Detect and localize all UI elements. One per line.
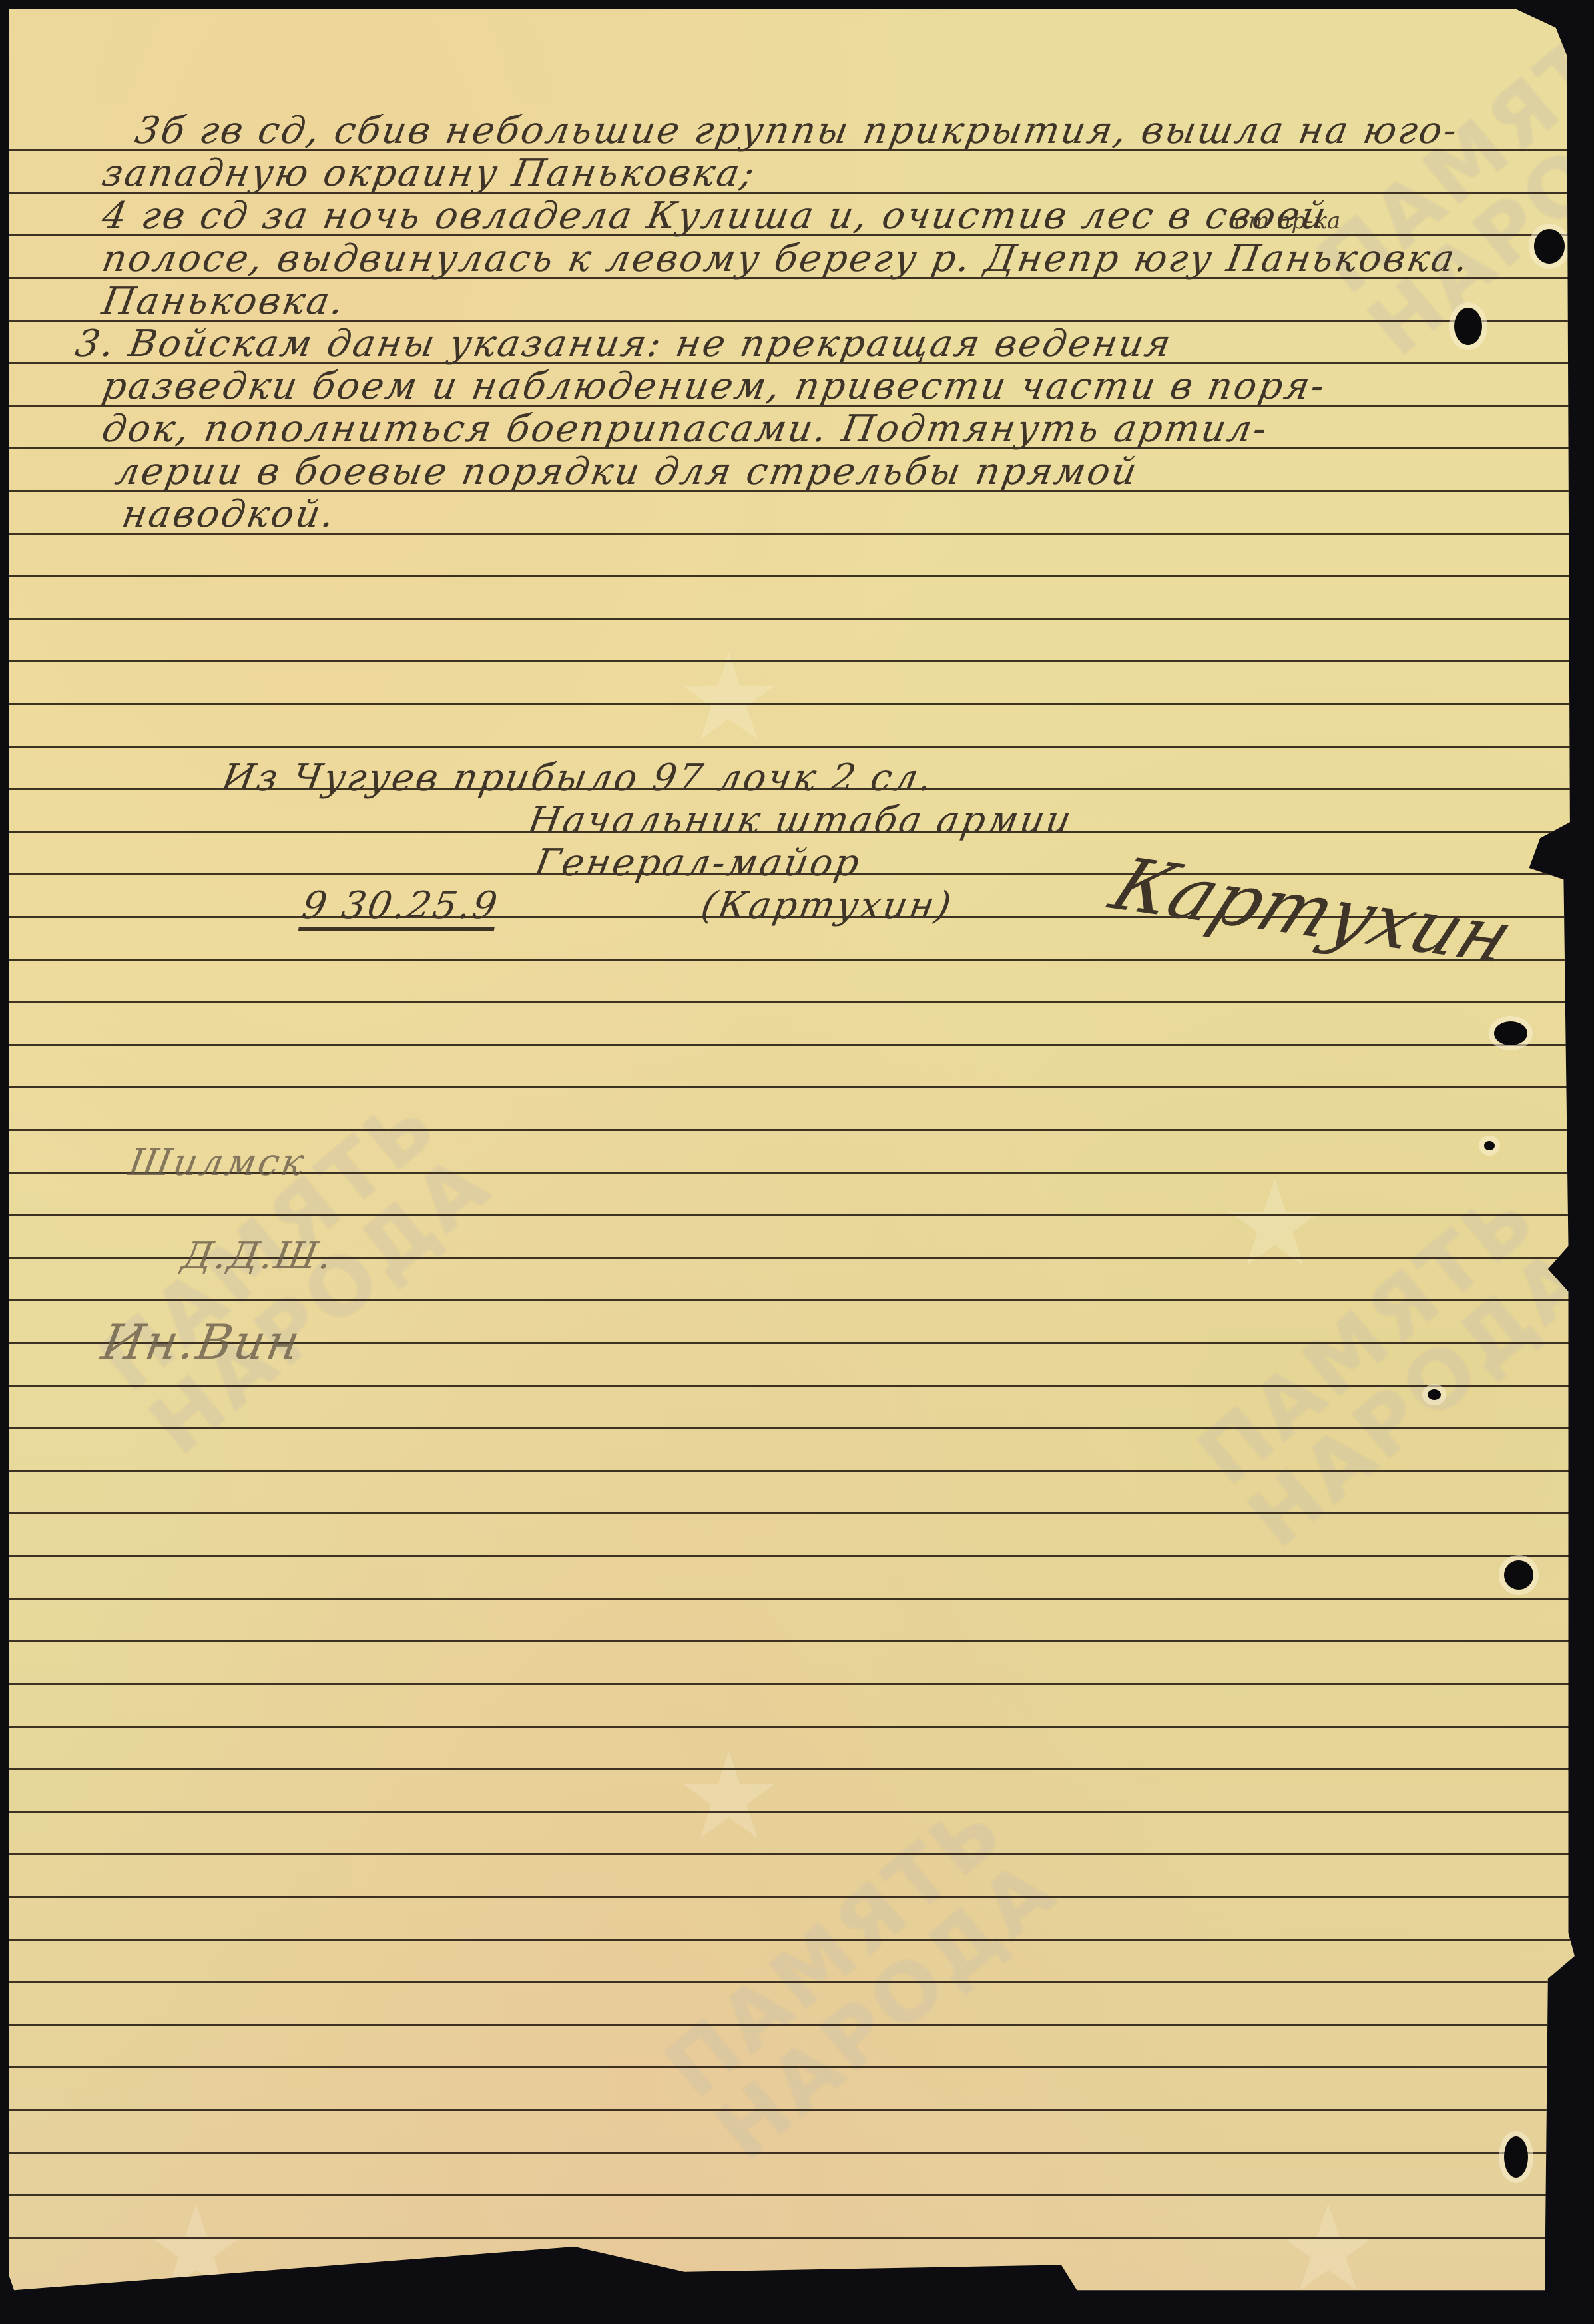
ruled-line (9, 1853, 1579, 1855)
watermark-star-icon: ★ (1221, 1154, 1328, 1293)
ruled-line (9, 2066, 1579, 2068)
text-line: полосе, выдвинулась к левому берегу р. Д… (99, 237, 1473, 280)
watermark-star-icon: ★ (675, 1727, 782, 1866)
ruled-line (9, 1001, 1579, 1003)
watermark: ПАМЯТЬНАРОДА (1304, 0, 1594, 369)
bullet-hole (1494, 1021, 1527, 1045)
ruled-line (9, 1811, 1579, 1813)
ruled-line (9, 2024, 1579, 2026)
text-line: 4 гв сд за ночь овладела Кулиша и, очист… (99, 194, 1331, 238)
margin-initials: Ин.Вин (98, 1314, 306, 1370)
arrival-note: Из Чугуев прибыло 97 лочк 2 сл. (218, 756, 937, 800)
ruled-line (9, 1640, 1579, 1642)
ruled-line (9, 1385, 1579, 1387)
watermark-star-icon: ★ (1274, 2180, 1382, 2319)
ruled-line (9, 1598, 1579, 1600)
watermark-star-icon: ★ (142, 2180, 250, 2319)
date-mark: 9 30.25.9 (298, 884, 503, 931)
ruled-line (9, 1299, 1579, 1301)
bullet-hole (1504, 1560, 1533, 1590)
ruled-line (9, 1044, 1579, 1046)
ruled-line (9, 2109, 1579, 2111)
ruled-line (9, 1768, 1579, 1770)
ruled-line (9, 1427, 1579, 1429)
bullet-hole (1454, 308, 1482, 345)
bullet-hole (1534, 229, 1565, 264)
ruled-line (9, 1086, 1579, 1088)
text-line: док, пополниться боеприпасами. Подтянуть… (99, 407, 1272, 451)
text-line: 3б гв сд, сбив небольшие группы прикрыти… (132, 109, 1462, 152)
bullet-hole (1504, 2136, 1528, 2178)
text-line: лерии в боевые порядки для стрельбы прям… (112, 450, 1142, 493)
ruled-line (9, 2194, 1579, 2196)
ruled-line (9, 1555, 1579, 1557)
text-line: наводкой. (119, 493, 340, 536)
signature-title: Начальник штаба армии (525, 799, 1076, 842)
ruled-line (9, 660, 1579, 662)
ruled-line (9, 1214, 1579, 1216)
ruled-line (9, 1470, 1579, 1472)
ruled-line (9, 1896, 1579, 1898)
margin-initials: Шилмск (125, 1141, 309, 1184)
bullet-hole (1428, 1389, 1441, 1400)
text-line: разведки боем и наблюдением, привести ча… (99, 365, 1330, 408)
text-line: Паньковка. (99, 280, 348, 323)
ruled-line (9, 2237, 1579, 2239)
ruled-line (9, 575, 1579, 577)
bullet-hole (1484, 1141, 1495, 1150)
signature-rank: Генерал-майор (531, 841, 864, 885)
ruled-line (9, 618, 1579, 620)
signatory-name: (Картухин) (698, 884, 956, 927)
document-page: ПАМЯТЬНАРОДА ★ ПАМЯТЬНАРОДА ПАМЯТЬНАРОДА… (9, 9, 1579, 2299)
ruled-line (9, 1512, 1579, 1514)
ruled-line (9, 746, 1579, 748)
ruled-line (9, 959, 1579, 961)
ruled-line (9, 1683, 1579, 1685)
margin-initials: Д.Д.Ш. (178, 1234, 337, 1278)
text-line: западную окраину Паньковка; (99, 152, 759, 195)
ruled-line (9, 2152, 1579, 2154)
ruled-line (9, 1981, 1579, 1983)
ruled-line (9, 1939, 1579, 1941)
ruled-line (9, 1129, 1579, 1131)
ruled-line (9, 1726, 1579, 1728)
ruled-line (9, 703, 1579, 705)
text-line: 3. Войскам даны указания: не прекращая в… (72, 322, 1175, 365)
